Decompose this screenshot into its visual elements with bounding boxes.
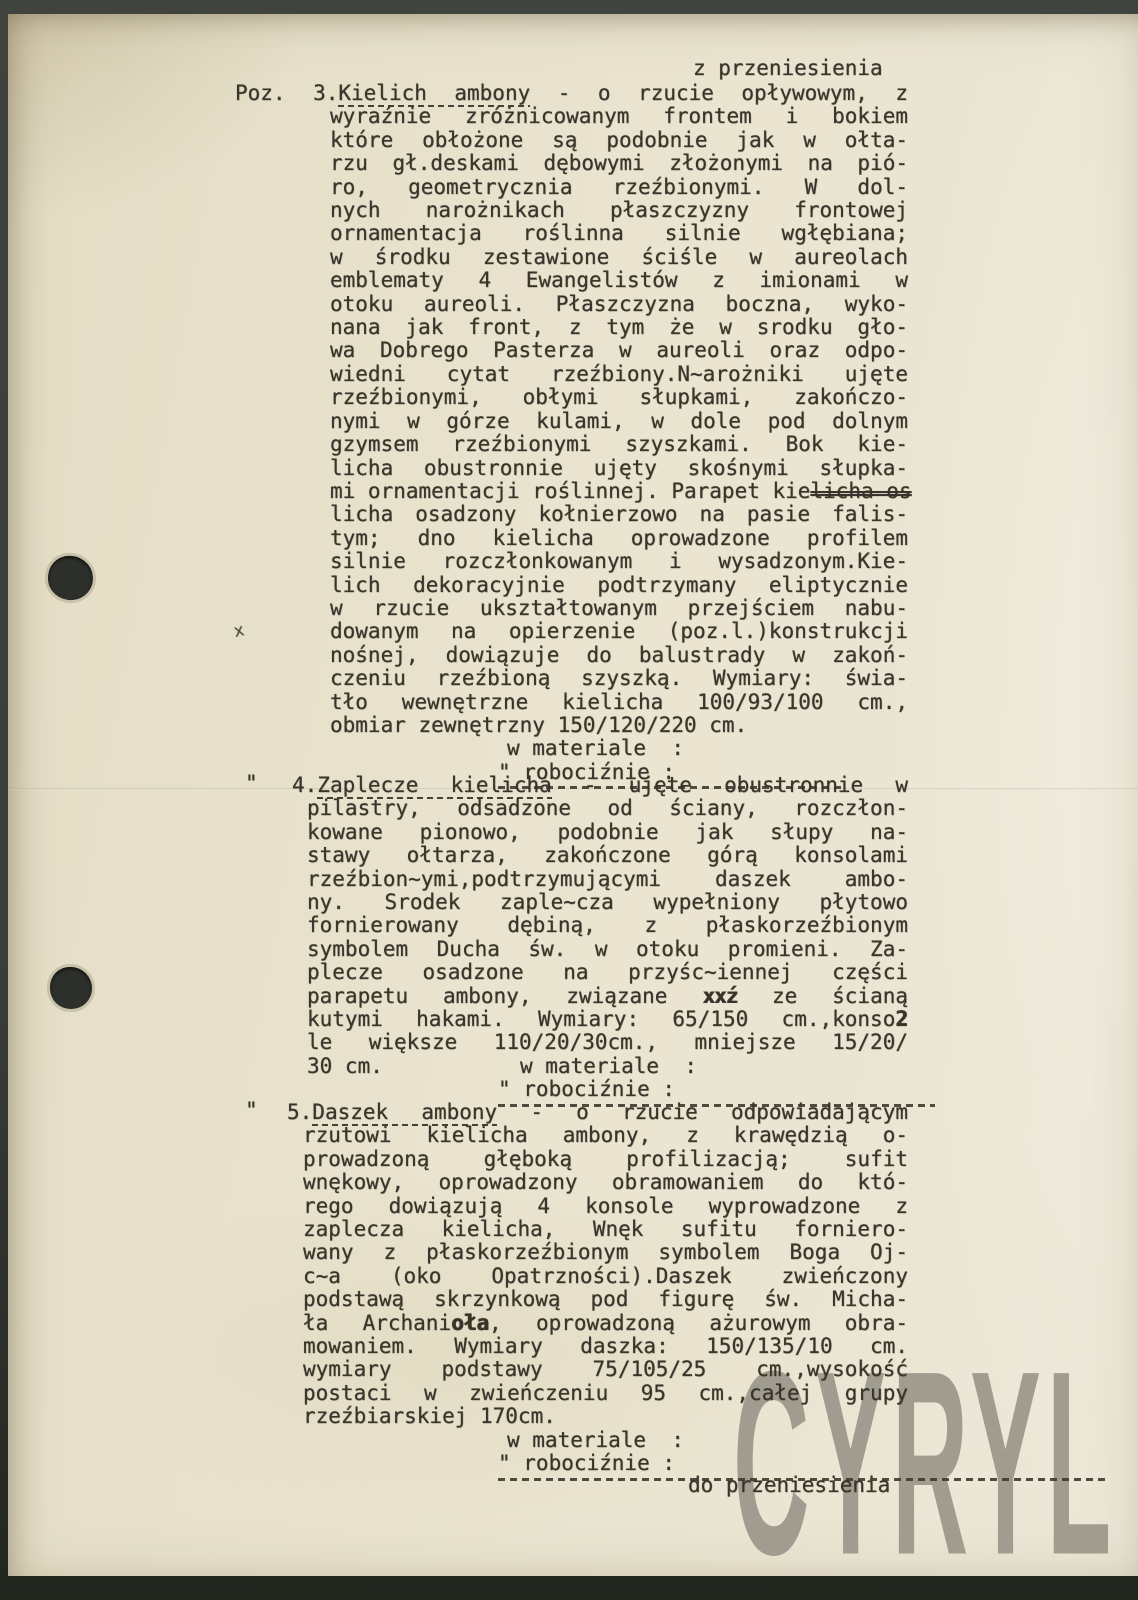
text-line: nana jak front, z tym że w srodku gło- [330, 316, 908, 339]
text-line-with-overtype: ła Archanioła, oprowadzoną ażurowym obra… [303, 1312, 908, 1335]
text-line: licha obustronnie ujęty skośnymi słupka- [330, 457, 908, 480]
text-line: le większe 110/20/30cm., mniejsze 15/20/ [307, 1031, 908, 1054]
text-line: fornierowany dębiną, z płaskorzeźbionym [307, 914, 908, 937]
ditto-mark: " [245, 1099, 258, 1122]
entry-title-rest: - ujęte obustronnie w [552, 773, 908, 797]
text-line: nymi w górze kulami, w dole pod dolnym [330, 410, 908, 433]
text-line: wany z płaskorzeźbionym symbolem Boga Oj… [303, 1241, 908, 1264]
carried-over-header: z przeniesienia [693, 57, 883, 80]
text-line: w rzucie ukształtowanym przejściem nabu- [330, 597, 908, 620]
text-line-with-overtype: kutymi hakami. Wymiary: 65/150 cm.,konso… [307, 1008, 908, 1031]
text-line: otoku aureoli. Płaszczyzna boczna, wyko- [330, 293, 908, 316]
entry-title-rest: - o rzucie odpowiadającym [497, 1100, 908, 1124]
text-line: emblematy 4 Ewangelistów z imionami w [330, 269, 908, 292]
text-line: wiedni cytat rzeźbiony.N~arożniki ujęte [330, 363, 908, 386]
entry-title: Zaplecze kielicha [317, 773, 551, 799]
text-line: wa Dobrego Pasterza w aureoli oraz odpo- [330, 339, 908, 362]
entry-title: Daszek ambony [312, 1100, 497, 1126]
text-line: licha osadzony kołnierzowo na pasie fali… [330, 503, 908, 526]
text-line: ny. Srodek zaple~cza wypełniony płytowo [307, 891, 908, 914]
text-line: prowadzoną głęboką profilizacją; sufit [303, 1148, 908, 1171]
text-line: wyraźnie zróżnicowanym frontem i bokiem [330, 105, 908, 128]
line-segment: kutymi hakami. Wymiary: 65/150 cm.,konso [307, 1007, 895, 1031]
text-line: wnękowy, oprowadzony obramowaniem do któ… [303, 1171, 908, 1194]
overtyped-text: oła [451, 1311, 489, 1335]
overstruck-xxx: xxź [702, 984, 737, 1008]
entry-title-line: 5.Daszek ambony - o rzucie odpowiadający… [287, 1101, 908, 1124]
text-line: zaplecza kielicha, Wnęk sufitu forniero- [303, 1218, 908, 1241]
punch-hole-bottom [50, 967, 92, 1009]
text-line: które obłożone są podobnie jak w ołta- [330, 129, 908, 152]
line-segment: , oprowadzoną ażurowym obra- [489, 1311, 908, 1335]
text-line: podstawą skrzynkową pod figurę św. Micha… [303, 1288, 908, 1311]
line-segment: mi ornamentacji roślinnej. Parapet kie [330, 479, 810, 503]
line-segment: ze ścianą [772, 984, 908, 1008]
struck-text: licha os [810, 479, 911, 503]
text-line: dowanym na opierzenie (poz.l.)konstrukcj… [330, 620, 908, 643]
text-line: rzeźbiarskiej 170cm. [303, 1405, 908, 1428]
material-cost-line: w materiale : [520, 1055, 697, 1078]
text-line: ro, geometrycznia rzeźbionymi. W dol- [330, 176, 908, 199]
line-segment: 30 cm. [307, 1054, 383, 1078]
text-line: plecze osadzone na przyśc~iennej części [307, 961, 908, 984]
material-cost-line: w materiale : [507, 737, 910, 760]
line-segment: ła Archani [303, 1311, 451, 1335]
text-line: kowane pionowo, podobnie jak słupy na- [307, 821, 908, 844]
text-line: nych narożnikach płaszczyzny frontowej [330, 199, 908, 222]
entry-label: Poz. 3. [235, 81, 338, 105]
text-line: lich dekoracyjnie podtrzymany eliptyczni… [330, 574, 908, 597]
overtyped-char: 2 [895, 1007, 908, 1031]
material-cost-line: w materiale : [507, 1429, 917, 1452]
entry-poz-4: 4.Zaplecze kielicha - ujęte obustronnie … [292, 774, 917, 1107]
line-segment: parapetu ambony, związane [307, 984, 667, 1008]
text-line: c~a (oko Opatrzności).Daszek zwieńczony [303, 1265, 908, 1288]
text-line-with-overstrike: parapetu ambony, związane xxź ze ścianą [307, 985, 908, 1008]
text-line: wymiary podstawy 75/105/25 cm.,wysokość [303, 1358, 908, 1381]
text-line: pilastry, odsadzone od ściany, rozczłon- [307, 797, 908, 820]
text-line-with-strikeout: mi ornamentacji roślinnej. Parapet kieli… [330, 480, 908, 503]
text-line: w środku zestawione ściśle w aureolach [330, 246, 908, 269]
entry-title-rest: - o rzucie opływowym, z [530, 81, 908, 105]
entry-poz-3: Poz. 3.Kielich ambony - o rzucie opływow… [235, 82, 910, 789]
entry-number: 5. [287, 1100, 312, 1124]
text-line: ornamentacja roślinna silnie wgłębiana; [330, 222, 908, 245]
text-line: czeniu rzeźbioną szyszką. Wymiary: świa- [330, 667, 908, 690]
entry-title-line: Poz. 3.Kielich ambony - o rzucie opływow… [235, 82, 908, 105]
text-line: silnie rozczłonkowanym i wysadzonym.Kie- [330, 550, 908, 573]
text-line: rego dowiązują 4 konsole wyprowadzone z [303, 1195, 908, 1218]
text-line: rzeźbion~ymi,podtrzymującymi daszek ambo… [307, 868, 908, 891]
entry-title: Kielich ambony [338, 81, 530, 107]
entry-poz-5: 5.Daszek ambony - o rzucie odpowiadający… [287, 1101, 917, 1481]
text-line: nośnej, dowiązuje do balustrady w zakoń- [330, 644, 908, 667]
ditto-mark: " [245, 772, 258, 795]
entry-title-line: 4.Zaplecze kielicha - ujęte obustronnie … [292, 774, 908, 797]
text-line: obmiar zewnętrzny 150/120/220 cm. [330, 714, 908, 737]
text-line: postaci w zwieńczeniu 95 cm.,całej grupy [303, 1382, 908, 1405]
dimension-and-material-line: 30 cm.w materiale : [307, 1055, 908, 1078]
text-line: rzeźbionymi, obłymi słupkami, zakończo- [330, 386, 908, 409]
text-line: rzu gł.deskami dębowymi złożonymi na pió… [330, 152, 908, 175]
text-line: stawy ołtarza, zakończone górą konsolami [307, 844, 908, 867]
text-line: tym; dno kielicha oprowadzone profilem [330, 527, 908, 550]
text-line: symbolem Ducha św. w otoku promieni. Za- [307, 938, 908, 961]
text-line: mowaniem. Wymiary daszka: 150/135/10 cm. [303, 1335, 908, 1358]
entry-number: 4. [292, 773, 317, 797]
scanned-document-page: CYRYL z przeniesienia x Poz. 3.Kielich a… [0, 0, 1138, 1600]
text-line: rzutowi kielicha ambony, z krawędzią o- [303, 1124, 908, 1147]
punch-hole-top [45, 553, 96, 603]
carry-forward-footer: do przeniesienia [688, 1474, 890, 1497]
text-line: tło wewnętrzne kielicha 100/93/100 cm., [330, 691, 908, 714]
text-line: gzymsem rzeźbionymi szyszkami. Bok kie- [330, 433, 908, 456]
